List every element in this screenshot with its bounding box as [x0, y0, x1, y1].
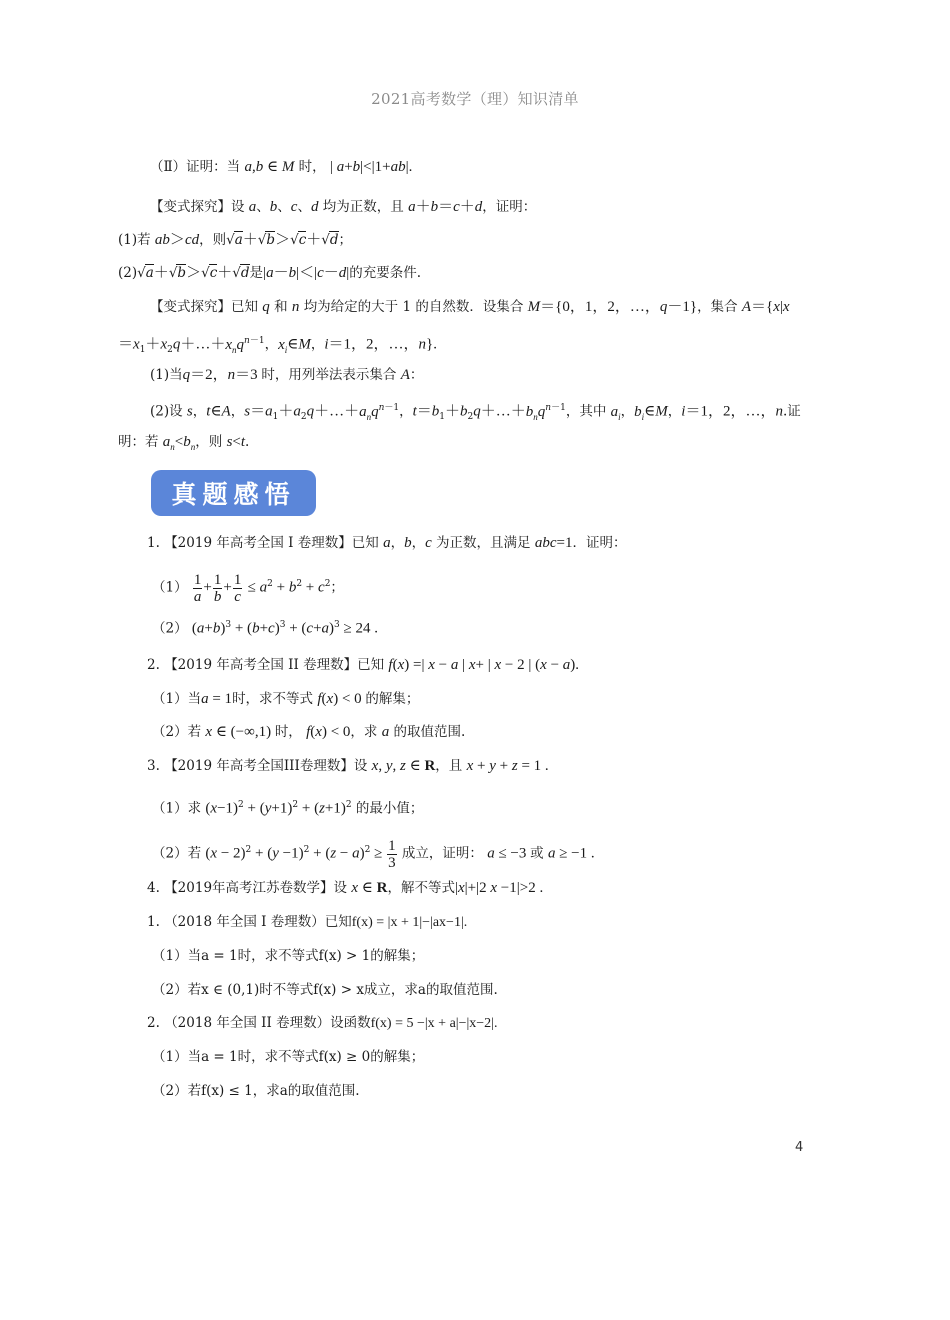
problem-2018-1-part-2: （2）若x ∈ (0,1)时不等式f(x) > x成立，求a的取值范围. — [152, 980, 498, 1000]
variant-1-intro: 【变式探究】设 a、b、c、d 均为正数，且 a＋b＝c＋d，证明： — [150, 197, 536, 217]
problem-2018-1-part-1: （1）当a = 1时，求不等式f(x) > 1的解集； — [152, 946, 424, 966]
problem-2019-3-part-2: （2）若 (x − 2)2 + (y −1)2 + (z − a)2 ≥ 13 … — [152, 832, 595, 872]
variant-2-set-def: ＝x1＋x2q＋…＋xnqn－1，xi∈M，i＝1，2，…，n}. — [118, 331, 437, 360]
problem-2019-2-part-2: （2）若 x ∈ (−∞,1) 时， f(x) < 0，求 a 的取值范围. — [152, 722, 465, 742]
problem-2019-2-part-1: （1）当a = 1时，求不等式 f(x) < 0 的解集； — [152, 689, 419, 709]
problem-2019-1-stem: 1. 【2019 年高考全国 I 卷理数】已知 a，b，c 为正数，且满足 ab… — [147, 533, 626, 553]
problem-2019-3-stem: 3. 【2019 年高考全国III卷理数】设 x, y, z ∈ R，且 x +… — [147, 756, 549, 776]
problem-2018-2-stem: 2. （2018 年全国 II 卷理数）设函数f(x) = 5 −|x + a|… — [147, 1013, 497, 1034]
variant-1-item-2: (2)√a＋√b＞√c＋√d是|a－b|＜|c－d|的充要条件. — [118, 263, 421, 283]
problem-2019-2-stem: 2. 【2019 年高考全国 II 卷理数】已知 f(x) =| x − a |… — [147, 655, 579, 675]
problem-2018-2-part-1: （1）当a = 1时，求不等式f(x) ≥ 0的解集； — [152, 1047, 424, 1067]
problem-2019-1-part-2: （2） (a+b)3 + (b+c)3 + (c+a)3 ≥ 24 . — [152, 615, 378, 639]
problem-2019-3-part-1: （1）求 (x−1)2 + (y+1)2 + (z+1)2 的最小值； — [152, 795, 423, 819]
part-ii-line: （Ⅱ）证明：当 a,b ∈ M 时， | a+b|<|1+ab|. — [150, 157, 412, 177]
variant-2-item-2: (2)设 s，t∈A，s＝a1＋a2q＋…＋anqn－1，t＝b1＋b2q＋…＋… — [150, 398, 801, 427]
problem-2019-4-stem: 4. 【2019年高考江苏卷数学】设 x ∈ R，解不等式|x|+|2 x −1… — [147, 878, 543, 898]
problem-2019-1-part-1: （1） 1a+1b+1c ≤ a2 + b2 + c2； — [152, 566, 344, 606]
page-number: 4 — [795, 1140, 803, 1155]
problem-2018-2-part-2: （2）若f(x) ≤ 1，求a的取值范围. — [152, 1081, 360, 1101]
problem-2018-1-stem: 1. （2018 年全国 I 卷理数）已知f(x) = |x + 1|−|ax−… — [147, 912, 467, 933]
page-header: 2021高考数学（理）知识清单 — [0, 88, 950, 109]
variant-1-item-1: (1)若 ab＞cd，则√a＋√b＞√c＋√d； — [118, 230, 352, 250]
variant-2-intro: 【变式探究】已知 q 和 n 均为给定的大于 1 的自然数．设集合 M＝{0，1… — [150, 297, 790, 317]
variant-2-item-1: (1)当q＝2，n＝3 时，用列举法表示集合 A： — [150, 365, 423, 385]
variant-2-item-2-cont: 明：若 an<bn，则 s<t. — [118, 432, 249, 457]
section-banner-zhenti-ganwu: 真题感悟 — [151, 470, 316, 516]
